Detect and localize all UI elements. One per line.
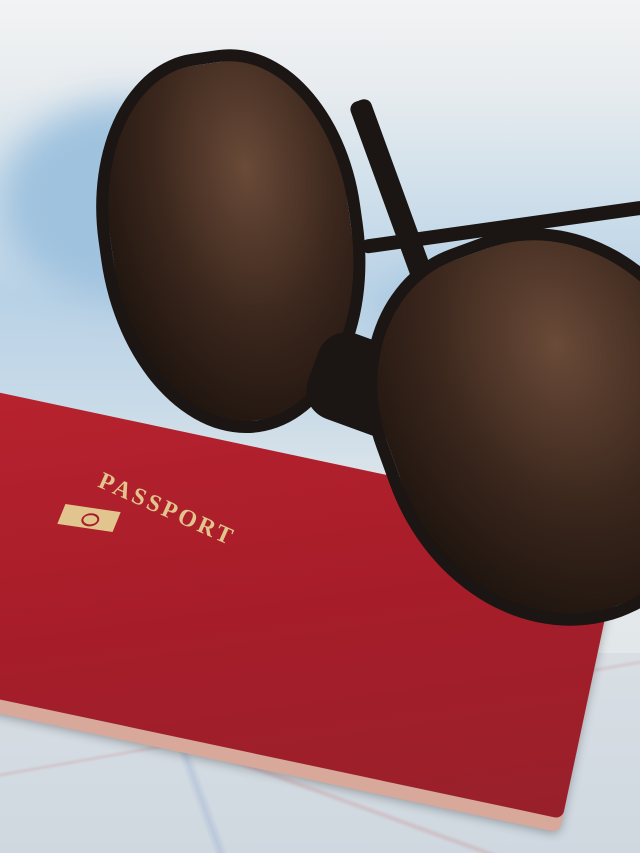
photo-scene: PASSPORT <box>0 0 640 853</box>
